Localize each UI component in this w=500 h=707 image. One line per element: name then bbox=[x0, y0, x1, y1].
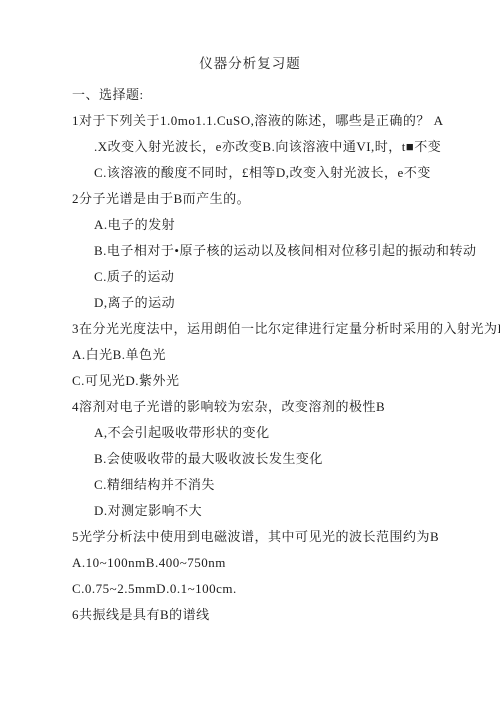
question-5-text: 5光学分析法中使用到电磁波谱，其中可见光的波长范围约为B bbox=[0, 524, 500, 550]
question-4-option-d: D.对测定影响不大 bbox=[0, 498, 500, 524]
question-1-option-1: .X改变入射光波长，e亦改变B.向该溶液中通VI,时，t■不变 bbox=[0, 134, 500, 160]
question-4-option-a: A,不会引起吸收带形状的变化 bbox=[0, 420, 500, 446]
question-6-text: 6共振线是具有B的谱线 bbox=[0, 602, 500, 628]
document-body: 一、选择题: 1对于下列关于1.0mo1.1.CuSO,溶液的陈述，哪些是正确的… bbox=[0, 82, 500, 628]
question-5-option-cd: C.0.75~2.5mmD.0.1~100cm. bbox=[0, 576, 500, 602]
page-title: 仪器分析复习题 bbox=[0, 0, 500, 72]
question-3-option-ab: A.白光B.单色光 bbox=[0, 342, 500, 368]
question-4-option-b: B.会使吸收带的最大吸收波长发生变化 bbox=[0, 446, 500, 472]
question-3-option-cd: C.可见光D.紫外光 bbox=[0, 368, 500, 394]
question-2-option-c: C.质子的运动 bbox=[0, 264, 500, 290]
question-2-text: 2分子光谱是由于B而产生的。 bbox=[0, 186, 500, 212]
question-5-option-ab: A.10~100nmB.400~750nm bbox=[0, 550, 500, 576]
question-4-option-c: C.精细结构并不消失 bbox=[0, 472, 500, 498]
question-2-option-b: B.电子相对于•原子核的运动以及核间相对位移引起的振动和转动 bbox=[0, 238, 500, 264]
question-2-option-a: A.电子的发射 bbox=[0, 212, 500, 238]
question-2-option-d: D,离子的运动 bbox=[0, 290, 500, 316]
section-heading: 一、选择题: bbox=[0, 82, 500, 108]
question-1-text: 1对于下列关于1.0mo1.1.CuSO,溶液的陈述，哪些是正确的？ A bbox=[0, 108, 500, 134]
question-3-text: 3在分光光度法中，运用朗伯一比尔定律进行定量分析时采用的入射光为B bbox=[0, 316, 500, 342]
document-page: 仪器分析复习题 一、选择题: 1对于下列关于1.0mo1.1.CuSO,溶液的陈… bbox=[0, 0, 500, 707]
question-1-option-2: C.该溶液的酸度不同时，£相等D,改变入射光波长，e不变 bbox=[0, 160, 500, 186]
question-4-text: 4溶剂对电子光谱的影响较为宏杂，改变溶剂的极性B bbox=[0, 394, 500, 420]
